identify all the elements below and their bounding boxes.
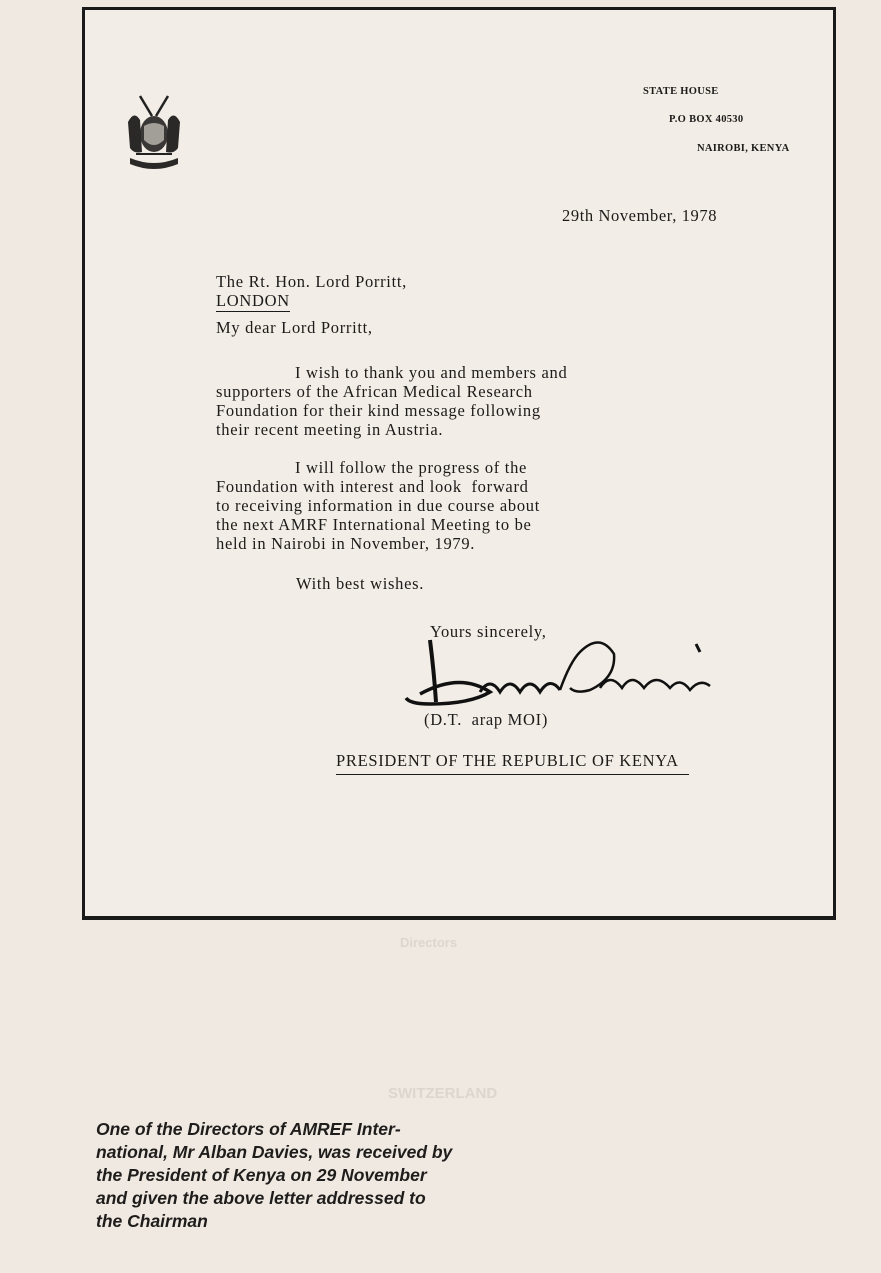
letterhead-po-box: P.O BOX 40530 [669,114,743,125]
kenya-coat-of-arms-icon [122,92,186,174]
signatory-name: (D.T. arap MOI) [424,710,548,729]
photo-caption: One of the Directors of AMREF Inter- nat… [96,1118,536,1233]
paragraph-2: I will follow the progress of the Founda… [216,458,540,553]
letterhead-state-house: STATE HOUSE [643,86,719,97]
recipient-name: The Rt. Hon. Lord Porritt, [216,272,407,291]
recipient-city: LONDON [216,291,290,312]
handwritten-signature-icon [400,632,720,712]
salutation: My dear Lord Porritt, [216,318,373,337]
letterhead-city: NAIROBI, KENYA [697,143,790,154]
closing-wish: With best wishes. [296,574,424,593]
recipient-address: The Rt. Hon. Lord Porritt, LONDON [216,272,407,312]
paragraph-1: I wish to thank you and members and supp… [216,363,567,439]
signatory-title: PRESIDENT OF THE REPUBLIC OF KENYA [336,751,689,775]
bleed-through-label: SWITZERLAND [388,1085,497,1102]
letter-date: 29th November, 1978 [562,206,717,226]
bleed-through-label: Directors [400,935,457,950]
